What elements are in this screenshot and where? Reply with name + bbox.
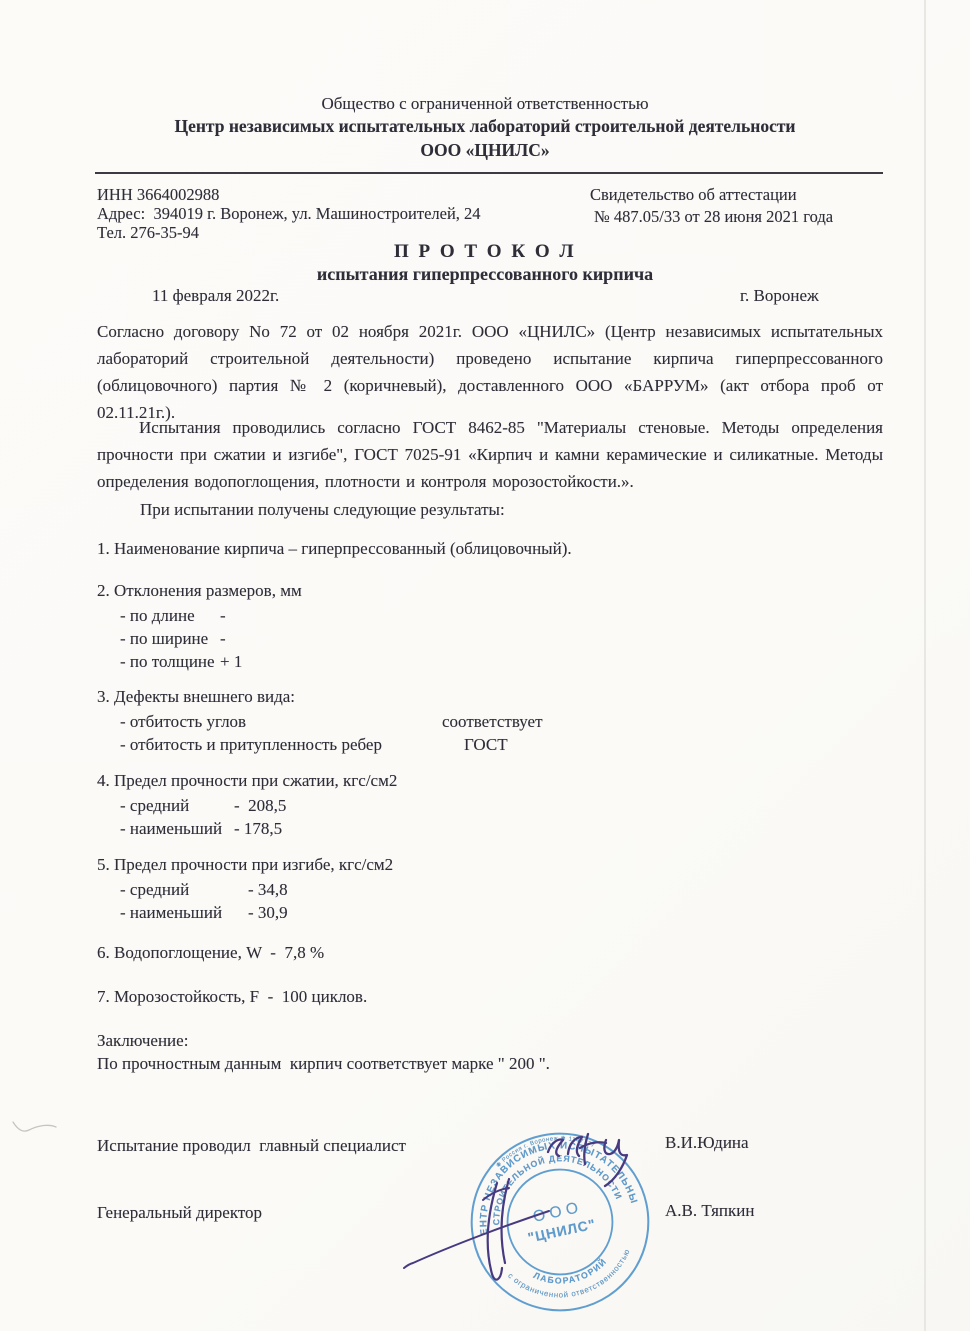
org-name-line: Центр независимых испытательных лаборато… — [0, 116, 970, 137]
pencil-mark — [13, 1122, 56, 1131]
item5-row-min: - наименьший - 30,9 — [120, 903, 288, 923]
item3-corners-value: соответствует — [442, 712, 543, 732]
protocol-date: 11 февраля 2022г. — [152, 286, 279, 306]
result-item-1: 1. Наименование кирпича – гиперпрессован… — [97, 539, 572, 559]
org-short-name: ООО «ЦНИЛС» — [0, 140, 970, 161]
paragraph-contract: Согласно договору No 72 от 02 ноября 202… — [97, 318, 883, 426]
director-role: Генеральный директор — [97, 1203, 262, 1223]
item5-row-avg: - средний - 34,8 — [120, 880, 288, 900]
conclusion-text: По прочностным данным кирпич соответству… — [97, 1054, 550, 1074]
director-name: А.В. Тяпкин — [665, 1201, 754, 1221]
protocol-subtitle: испытания гиперпрессованного кирпича — [0, 264, 970, 285]
paragraph-gost: Испытания проводились согласно ГОСТ 8462… — [97, 414, 883, 495]
result-item-4: 4. Предел прочности при сжатии, кгс/см2 — [97, 771, 397, 791]
item2-width-value: - — [220, 629, 226, 649]
company-stamp: ✱ Россия г. Воронеж ✱ 1147777 ЦЕНТР НЕЗА… — [468, 1130, 652, 1314]
org-phone: Тел. 276-35-94 — [97, 223, 199, 243]
item4-avg-value: - 208,5 — [234, 796, 286, 816]
item2-thickness-value: + 1 — [220, 652, 242, 672]
item2-length-value: - — [220, 606, 226, 626]
protocol-city: г. Воронеж — [740, 286, 819, 306]
header-divider — [95, 172, 883, 174]
protocol-title: П Р О Т О К О Л — [0, 241, 970, 263]
results-intro: При испытании получены следующие результ… — [140, 500, 505, 520]
item2-row-length: - по длине - — [120, 606, 226, 626]
result-item-5: 5. Предел прочности при изгибе, кгс/см2 — [97, 855, 393, 875]
item2-length-label: - по длине — [120, 606, 220, 626]
item4-row-min: - наименьший - 178,5 — [120, 819, 282, 839]
result-item-2: 2. Отклонения размеров, мм — [97, 581, 302, 601]
item5-avg-value: - 34,8 — [248, 880, 288, 900]
result-item-7: 7. Морозостойкость, F - 100 циклов. — [97, 987, 367, 1007]
item3-row-edges: - отбитость и притупленность ребер ГОСТ — [120, 735, 508, 755]
item2-row-width: - по ширине - — [120, 629, 226, 649]
org-type-line: Общество с ограниченной ответственностью — [0, 94, 970, 114]
item4-row-avg: - средний - 208,5 — [120, 796, 286, 816]
item3-corners-label: - отбитость углов — [120, 712, 442, 732]
attestation-title: Свидетельство об аттестации — [590, 185, 797, 205]
item3-edges-value: ГОСТ — [442, 735, 508, 755]
specialist-role: Испытание проводил главный специалист — [97, 1136, 406, 1156]
org-inn: ИНН 3664002988 — [97, 185, 219, 205]
item3-row-corners: - отбитость углов соответствует — [120, 712, 543, 732]
scan-artifact-line — [924, 0, 926, 1331]
specialist-name: В.И.Юдина — [665, 1133, 749, 1153]
item5-min-value: - 30,9 — [248, 903, 288, 923]
document-page: Общество с ограниченной ответственностью… — [0, 0, 970, 1331]
result-item-6: 6. Водопоглощение, W - 7,8 % — [97, 943, 324, 963]
item2-width-label: - по ширине — [120, 629, 220, 649]
item4-min-label: - наименьший — [120, 819, 234, 839]
item5-min-label: - наименьший — [120, 903, 248, 923]
item4-min-value: - 178,5 — [234, 819, 282, 839]
item5-avg-label: - средний — [120, 880, 248, 900]
item2-thickness-label: - по толщине — [120, 652, 220, 672]
item3-edges-label: - отбитость и притупленность ребер — [120, 735, 442, 755]
item4-avg-label: - средний — [120, 796, 234, 816]
conclusion-label: Заключение: — [97, 1031, 188, 1051]
org-address: Адрес: 394019 г. Воронеж, ул. Машиностро… — [97, 204, 481, 224]
item2-row-thickness: - по толщине + 1 — [120, 652, 242, 672]
attestation-number: № 487.05/33 от 28 июня 2021 года — [594, 207, 833, 227]
result-item-3: 3. Дефекты внешнего вида: — [97, 687, 295, 707]
